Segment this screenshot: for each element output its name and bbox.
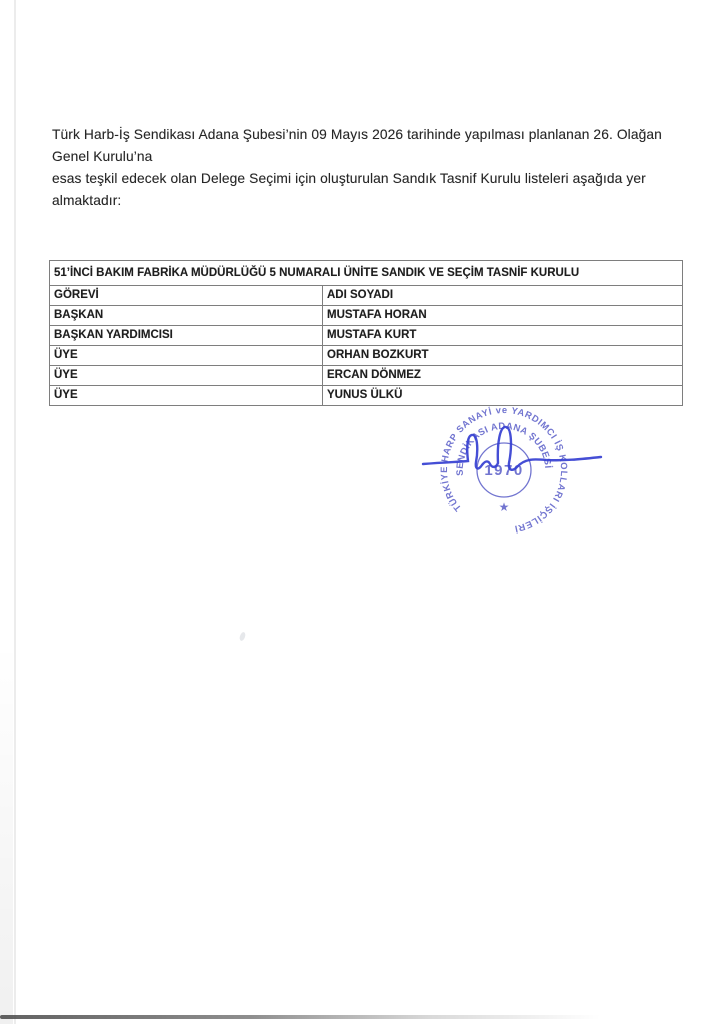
table-row: ÜYE ERCAN DÖNMEZ: [50, 366, 683, 386]
column-header-gorevi: GÖREVİ: [50, 286, 323, 306]
table-title-row: 51’İNCİ BAKIM FABRİKA MÜDÜRLÜĞÜ 5 NUMARA…: [50, 261, 683, 286]
scanned-document-page: Türk Harb-İş Sendikası Adana Şubesi’nin …: [0, 0, 724, 1024]
cell-ad: YUNUS ÜLKÜ: [323, 386, 683, 406]
cell-gorev: ÜYE: [50, 346, 323, 366]
table-row: ÜYE ORHAN BOZKURT: [50, 346, 683, 366]
tasnif-kurulu-table: 51’İNCİ BAKIM FABRİKA MÜDÜRLÜĞÜ 5 NUMARA…: [49, 260, 683, 406]
signature: [420, 408, 605, 493]
cell-ad: ERCAN DÖNMEZ: [323, 366, 683, 386]
cell-gorev: BAŞKAN YARDIMCISI: [50, 326, 323, 346]
signature-stroke: [423, 427, 601, 470]
stamp-star-icon: ★: [499, 500, 510, 514]
column-header-adi-soyadi: ADI SOYADI: [323, 286, 683, 306]
table-header-row: GÖREVİ ADI SOYADI: [50, 286, 683, 306]
scan-shadow-left: [0, 640, 13, 1024]
cell-gorev: ÜYE: [50, 366, 323, 386]
cell-ad: MUSTAFA HORAN: [323, 306, 683, 326]
cell-gorev: BAŞKAN: [50, 306, 323, 326]
scan-edge-line: [14, 0, 16, 1024]
table-title: 51’İNCİ BAKIM FABRİKA MÜDÜRLÜĞÜ 5 NUMARA…: [50, 261, 683, 286]
intro-line-1: Türk Harb-İş Sendikası Adana Şubesi’nin …: [52, 124, 676, 168]
signature-graphic: [420, 408, 605, 493]
table-row: ÜYE YUNUS ÜLKÜ: [50, 386, 683, 406]
scan-shadow-bottom: [0, 1015, 600, 1019]
cell-ad: MUSTAFA KURT: [323, 326, 683, 346]
intro-line-2: esas teşkil edecek olan Delege Seçimi iç…: [52, 168, 676, 212]
table-row: BAŞKAN MUSTAFA HORAN: [50, 306, 683, 326]
intro-paragraph: Türk Harb-İş Sendikası Adana Şubesi’nin …: [52, 124, 676, 212]
cell-gorev: ÜYE: [50, 386, 323, 406]
table-row: BAŞKAN YARDIMCISI MUSTAFA KURT: [50, 326, 683, 346]
scan-speck: [239, 631, 247, 641]
cell-ad: ORHAN BOZKURT: [323, 346, 683, 366]
